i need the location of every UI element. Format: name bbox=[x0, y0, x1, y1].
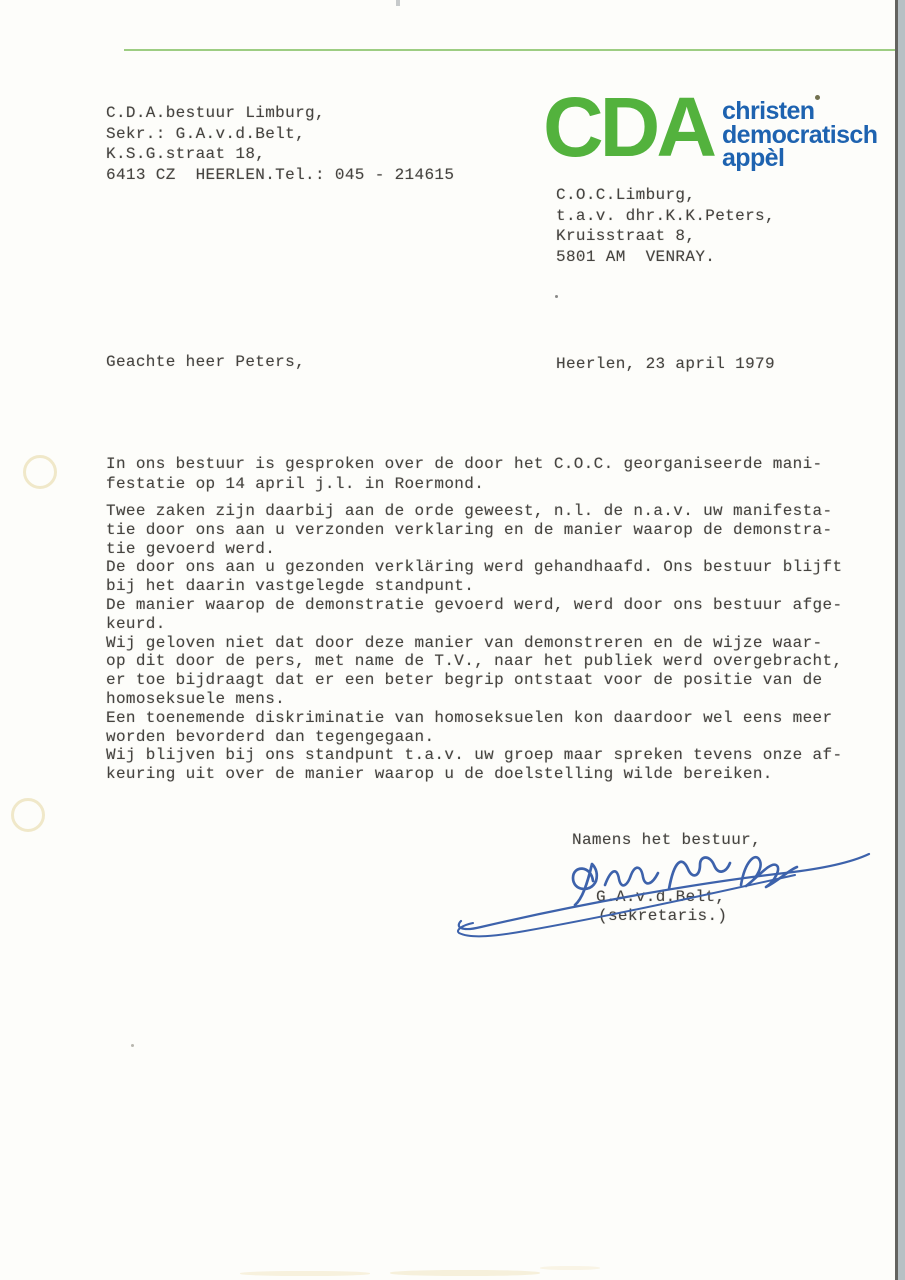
tagline-line: christen bbox=[722, 100, 877, 124]
body-line: keurd. bbox=[106, 615, 842, 634]
cda-logo-tagline: christen democratisch appèl bbox=[722, 100, 877, 171]
recipient-line: C.O.C.Limburg, bbox=[556, 185, 775, 206]
recipient-address: C.O.C.Limburg, t.a.v. dhr.K.K.Peters, Kr… bbox=[556, 185, 775, 267]
valediction: Namens het bestuur, bbox=[572, 831, 761, 849]
sender-line: K.S.G.straat 18, bbox=[106, 144, 454, 165]
scanned-letter-page: C.D.A.bestuur Limburg, Sekr.: G.A.v.d.Be… bbox=[0, 0, 905, 1280]
letter-body-paragraph-1: In ons bestuur is gesproken over de door… bbox=[106, 455, 823, 494]
signatory-name: G.A.v.d.Belt, bbox=[596, 888, 725, 906]
body-line: er toe bijdraagt dat er een beter begrip… bbox=[106, 671, 842, 690]
recipient-line: Kruisstraat 8, bbox=[556, 226, 775, 247]
body-line: In ons bestuur is gesproken over de door… bbox=[106, 455, 823, 475]
body-line: tie gevoerd werd. bbox=[106, 540, 842, 559]
letter-body-paragraph-2: Twee zaken zijn daarbij aan de orde gewe… bbox=[106, 502, 842, 784]
body-line: bij het daarin vastgelegde standpunt. bbox=[106, 577, 842, 596]
punch-hole bbox=[11, 798, 45, 832]
tagline-line: appèl bbox=[722, 147, 877, 171]
ink-speck bbox=[131, 1044, 134, 1047]
cda-logo-acronym: CDA bbox=[543, 85, 713, 169]
body-line: Wij geloven niet dat door deze manier va… bbox=[106, 634, 842, 653]
body-line: De manier waarop de demonstratie gevoerd… bbox=[106, 596, 842, 615]
recipient-line: t.a.v. dhr.K.K.Peters, bbox=[556, 206, 775, 227]
body-line: tie door ons aan u verzonden verklaring … bbox=[106, 521, 842, 540]
body-line: Een toenemende diskriminatie van homosek… bbox=[106, 709, 842, 728]
sender-address: C.D.A.bestuur Limburg, Sekr.: G.A.v.d.Be… bbox=[106, 103, 454, 185]
sender-line: 6413 CZ HEERLEN.Tel.: 045 - 214615 bbox=[106, 165, 454, 186]
body-line: Twee zaken zijn daarbij aan de orde gewe… bbox=[106, 502, 842, 521]
body-line: festatie op 14 april j.l. in Roermond. bbox=[106, 475, 823, 495]
scanner-background-strip bbox=[898, 0, 905, 1280]
scan-artifact bbox=[396, 0, 400, 6]
paper-smudge bbox=[240, 1271, 370, 1276]
body-line: Wij blijven bij ons standpunt t.a.v. uw … bbox=[106, 746, 842, 765]
paper-smudge bbox=[390, 1270, 540, 1276]
sender-line: C.D.A.bestuur Limburg, bbox=[106, 103, 454, 124]
body-line: worden bevorderd dan tegengegaan. bbox=[106, 728, 842, 747]
body-line: op dit door de pers, met name de T.V., n… bbox=[106, 652, 842, 671]
ink-speck bbox=[555, 295, 558, 298]
body-line: homoseksuele mens. bbox=[106, 690, 842, 709]
signatory-role: (sekretaris.) bbox=[598, 907, 727, 925]
letterhead-rule bbox=[124, 49, 900, 51]
recipient-line: 5801 AM VENRAY. bbox=[556, 247, 775, 268]
punch-hole bbox=[23, 455, 57, 489]
sender-line: Sekr.: G.A.v.d.Belt, bbox=[106, 124, 454, 145]
dateline: Heerlen, 23 april 1979 bbox=[556, 355, 775, 373]
ink-speck bbox=[815, 95, 820, 100]
salutation: Geachte heer Peters, bbox=[106, 353, 305, 371]
body-line: De door ons aan u gezonden verkläring we… bbox=[106, 558, 842, 577]
body-line: keuring uit over de manier waarop u de d… bbox=[106, 765, 842, 784]
paper-smudge bbox=[540, 1266, 600, 1270]
